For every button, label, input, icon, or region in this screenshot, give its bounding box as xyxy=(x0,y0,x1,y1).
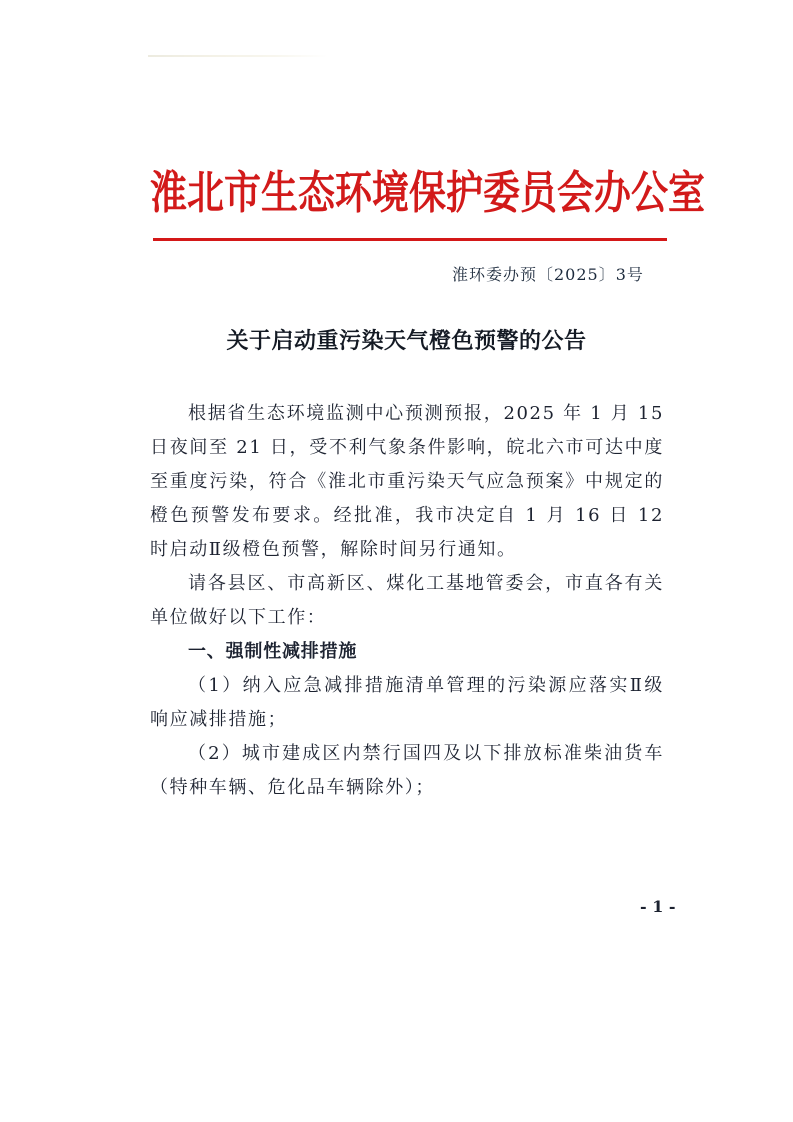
scan-artifact-line xyxy=(148,55,328,57)
issuer-header: 淮北市生态环境保护委员会办公室 xyxy=(150,158,670,226)
document-number: 淮环委办预〔2025〕3号 xyxy=(452,262,644,285)
document-title: 关于启动重污染天气橙色预警的公告 xyxy=(150,324,663,355)
page-number: - 1 - xyxy=(640,897,676,916)
paragraph-forecast: 根据省生态环境监测中心预测预报，2025 年 1 月 15 日夜间至 21 日，… xyxy=(150,397,664,567)
measure-item: （1）纳入应急减排措施清单管理的污染源应落实Ⅱ级响应减排措施； xyxy=(150,669,664,737)
document-body: 根据省生态环境监测中心预测预报，2025 年 1 月 15 日夜间至 21 日，… xyxy=(150,397,664,805)
section-heading: 一、强制性减排措施 xyxy=(150,635,664,669)
red-header-rule xyxy=(153,238,667,241)
paragraph-instruction: 请各县区、市高新区、煤化工基地管委会，市直各有关单位做好以下工作： xyxy=(150,567,664,635)
measure-item: （2）城市建成区内禁行国四及以下排放标准柴油货车（特种车辆、危化品车辆除外）； xyxy=(150,737,664,805)
